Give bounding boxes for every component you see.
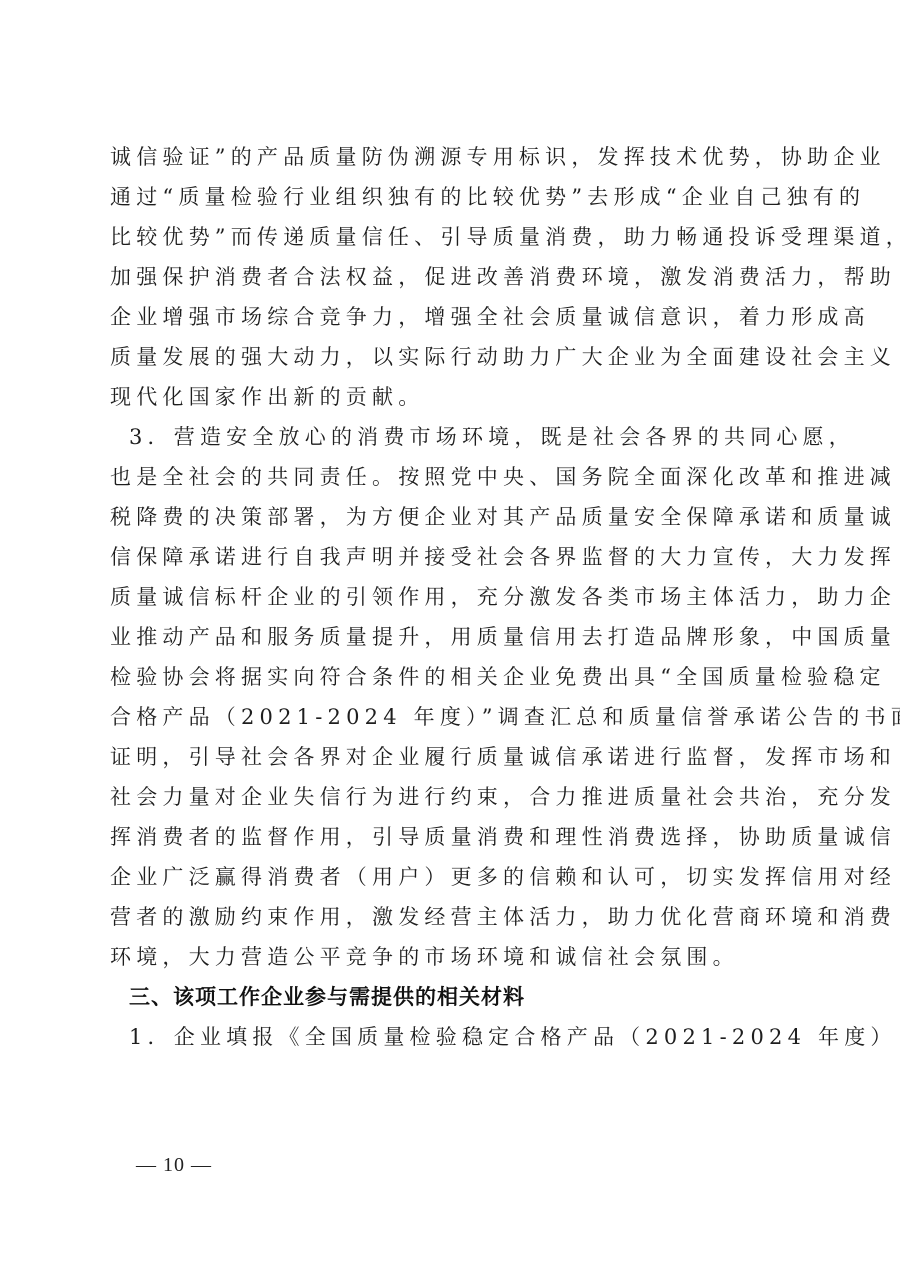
paragraph-line: 环境，大力营造公平竞争的市场环境和诚信社会氛围。 [110,937,792,977]
paragraph-line: 合格产品（2021-2024 年度）”调查汇总和质量信誉承诺公告的书面 [110,697,792,737]
paragraph-line: 营者的激励约束作用，激发经营主体活力，助力优化营商环境和消费 [110,897,792,937]
paragraph-line: 挥消费者的监督作用，引导质量消费和理性消费选择，协助质量诚信 [110,817,792,857]
paragraph-line: 质量发展的强大动力，以实际行动助力广大企业为全面建设社会主义 [110,337,792,377]
paragraph-line: 质量诚信标杆企业的引领作用，充分激发各类市场主体活力，助力企 [110,577,792,617]
paragraph-line: 业推动产品和服务质量提升，用质量信用去打造品牌形象，中国质量 [110,617,792,657]
paragraph-line-numbered-1: 1．企业填报《全国质量检验稳定合格产品（2021-2024 年度） [110,1017,792,1057]
paragraph-line: 税降费的决策部署，为方便企业对其产品质量安全保障承诺和质量诚 [110,497,792,537]
page-number: — 10 — [136,1154,212,1177]
paragraph-line: 证明，引导社会各界对企业履行质量诚信承诺进行监督，发挥市场和 [110,737,792,777]
paragraph-line: 通过“质量检验行业组织独有的比较优势”去形成“企业自己独有的 [110,177,792,217]
paragraph-line: 也是全社会的共同责任。按照党中央、国务院全面深化改革和推进减 [110,457,792,497]
paragraph-line-numbered-3: 3．营造安全放心的消费市场环境，既是社会各界的共同心愿， [110,417,792,457]
paragraph-line: 诚信验证”的产品质量防伪溯源专用标识，发挥技术优势，协助企业 [110,137,792,177]
document-page: 诚信验证”的产品质量防伪溯源专用标识，发挥技术优势，协助企业 通过“质量检验行业… [0,0,900,1273]
paragraph-line: 加强保护消费者合法权益，促进改善消费环境，激发消费活力，帮助 [110,257,792,297]
paragraph-line: 现代化国家作出新的贡献。 [110,377,792,417]
paragraph-line: 社会力量对企业失信行为进行约束，合力推进质量社会共治，充分发 [110,777,792,817]
section-heading: 三、该项工作企业参与需提供的相关材料 [110,977,792,1017]
document-body: 诚信验证”的产品质量防伪溯源专用标识，发挥技术优势，协助企业 通过“质量检验行业… [110,137,792,1057]
paragraph-line: 信保障承诺进行自我声明并接受社会各界监督的大力宣传，大力发挥 [110,537,792,577]
paragraph-line: 比较优势”而传递质量信任、引导质量消费，助力畅通投诉受理渠道， [110,217,792,257]
paragraph-line: 检验协会将据实向符合条件的相关企业免费出具“全国质量检验稳定 [110,657,792,697]
paragraph-line: 企业增强市场综合竞争力，增强全社会质量诚信意识，着力形成高 [110,297,792,337]
paragraph-line: 企业广泛赢得消费者（用户）更多的信赖和认可，切实发挥信用对经 [110,857,792,897]
